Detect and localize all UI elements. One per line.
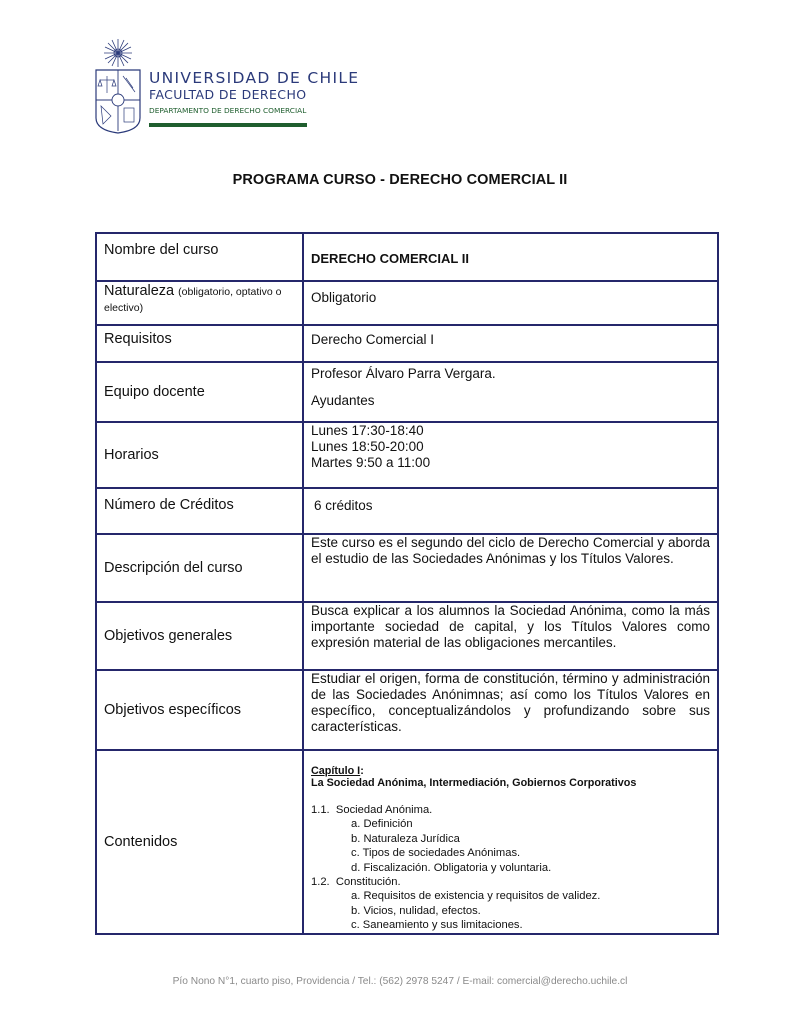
- row-value: Este curso es el segundo del ciclo de De…: [303, 534, 718, 602]
- row-label: Número de Créditos: [96, 488, 303, 534]
- description-text: Este curso es el segundo del ciclo de De…: [311, 535, 710, 566]
- table-row: Nombre del curso DERECHO COMERCIAL II: [96, 233, 718, 281]
- label-obj-especificos: Objetivos específicos: [104, 702, 241, 718]
- row-value: Lunes 17:30-18:40 Lunes 18:50-20:00 Mart…: [303, 422, 718, 488]
- chapter-heading: Capítulo I:: [311, 765, 710, 777]
- row-value: Capítulo I: La Sociedad Anónima, Interme…: [303, 750, 718, 934]
- requisitos-value: Derecho Comercial I: [311, 332, 434, 347]
- page-footer: Pío Nono N°1, cuarto piso, Providencia /…: [0, 976, 800, 987]
- label-contenidos: Contenidos: [104, 834, 177, 850]
- table-row: Equipo docente Profesor Álvaro Parra Ver…: [96, 362, 718, 422]
- table-row: Número de Créditos 6 créditos: [96, 488, 718, 534]
- table-row: Contenidos Capítulo I: La Sociedad Anóni…: [96, 750, 718, 934]
- university-crest-icon: [93, 38, 143, 134]
- section-title: Sociedad Anónima.: [336, 804, 432, 816]
- table-row: Descripción del curso Este curso es el s…: [96, 534, 718, 602]
- table-row: Requisitos Derecho Comercial I: [96, 325, 718, 362]
- list-item: a. Definición: [311, 817, 710, 831]
- row-label: Contenidos: [96, 750, 303, 934]
- list-item: c. Saneamiento y sus limitaciones.: [311, 918, 710, 932]
- schedule-line: Lunes 18:50-20:00: [311, 439, 710, 455]
- institution-name: UNIVERSIDAD DE CHILE FACULTAD DE DERECHO…: [149, 70, 359, 127]
- row-label: Requisitos: [96, 325, 303, 362]
- naturaleza-value: Obligatorio: [311, 290, 376, 305]
- label-naturaleza: Naturaleza: [104, 283, 174, 299]
- university-name: UNIVERSIDAD DE CHILE: [149, 70, 359, 87]
- section-heading: 1.1. Sociedad Anónima.: [311, 803, 710, 817]
- label-obj-generales: Objetivos generales: [104, 628, 232, 644]
- row-label: Descripción del curso: [96, 534, 303, 602]
- professor-name: Profesor Álvaro Parra Vergara.: [311, 365, 710, 383]
- department-name: DEPARTAMENTO DE DERECHO COMERCIAL: [149, 105, 359, 117]
- row-value: DERECHO COMERCIAL II: [303, 233, 718, 281]
- label-equipo: Equipo docente: [104, 384, 205, 400]
- table-row: Naturaleza (obligatorio, optativo o elec…: [96, 281, 718, 325]
- course-name: DERECHO COMERCIAL II: [311, 251, 469, 266]
- table-row: Objetivos específicos Estudiar el origen…: [96, 670, 718, 750]
- letterhead: UNIVERSIDAD DE CHILE FACULTAD DE DERECHO…: [93, 38, 353, 138]
- row-value: Obligatorio: [303, 281, 718, 325]
- green-divider: [149, 123, 307, 127]
- row-label: Equipo docente: [96, 362, 303, 422]
- section-number: 1.2.: [311, 876, 330, 888]
- label-descripcion: Descripción del curso: [104, 560, 243, 576]
- list-item: a. Requisitos de existencia y requisitos…: [311, 889, 710, 903]
- course-program-table: Nombre del curso DERECHO COMERCIAL II Na…: [95, 232, 719, 935]
- schedule-line: Lunes 17:30-18:40: [311, 423, 710, 439]
- document-title: PROGRAMA CURSO - DERECHO COMERCIAL II: [0, 172, 800, 188]
- list-item: b. Naturaleza Jurídica: [311, 832, 710, 846]
- list-item: d. Fiscalización. Obligatoria y voluntar…: [311, 861, 710, 875]
- section-heading: 1.2. Constitución.: [311, 875, 710, 889]
- list-item: b. Vicios, nulidad, efectos.: [311, 904, 710, 918]
- row-value: Busca explicar a los alumnos la Sociedad…: [303, 602, 718, 670]
- chapter-title: La Sociedad Anónima, Intermediación, Gob…: [311, 777, 710, 789]
- section-title: Constitución.: [336, 876, 401, 888]
- row-label: Horarios: [96, 422, 303, 488]
- label-nombre: Nombre del curso: [104, 242, 218, 258]
- chapter-label: Capítulo I: [311, 765, 360, 777]
- contents-list: 1.1. Sociedad Anónima. a. Definición b. …: [311, 803, 710, 933]
- row-label: Objetivos generales: [96, 602, 303, 670]
- faculty-name: FACULTAD DE DERECHO: [149, 87, 359, 103]
- assistants: Ayudantes: [311, 393, 710, 409]
- label-requisitos: Requisitos: [104, 331, 172, 347]
- table-row: Objetivos generales Busca explicar a los…: [96, 602, 718, 670]
- list-item: c. Tipos de sociedades Anónimas.: [311, 846, 710, 860]
- row-value: Derecho Comercial I: [303, 325, 718, 362]
- row-value: 6 créditos: [303, 488, 718, 534]
- row-value: Estudiar el origen, forma de constitució…: [303, 670, 718, 750]
- row-value: Profesor Álvaro Parra Vergara. Ayudantes: [303, 362, 718, 422]
- schedule-line: Martes 9:50 a 11:00: [311, 455, 710, 471]
- credits-value: 6 créditos: [314, 498, 373, 513]
- row-label: Naturaleza (obligatorio, optativo o elec…: [96, 281, 303, 325]
- specific-objectives-text: Estudiar el origen, forma de constitució…: [311, 671, 710, 734]
- row-label: Objetivos específicos: [96, 670, 303, 750]
- table-row: Horarios Lunes 17:30-18:40 Lunes 18:50-2…: [96, 422, 718, 488]
- general-objectives-text: Busca explicar a los alumnos la Sociedad…: [311, 603, 710, 650]
- label-horarios: Horarios: [104, 447, 159, 463]
- label-creditos: Número de Créditos: [104, 497, 234, 513]
- section-number: 1.1.: [311, 804, 330, 816]
- row-label: Nombre del curso: [96, 233, 303, 281]
